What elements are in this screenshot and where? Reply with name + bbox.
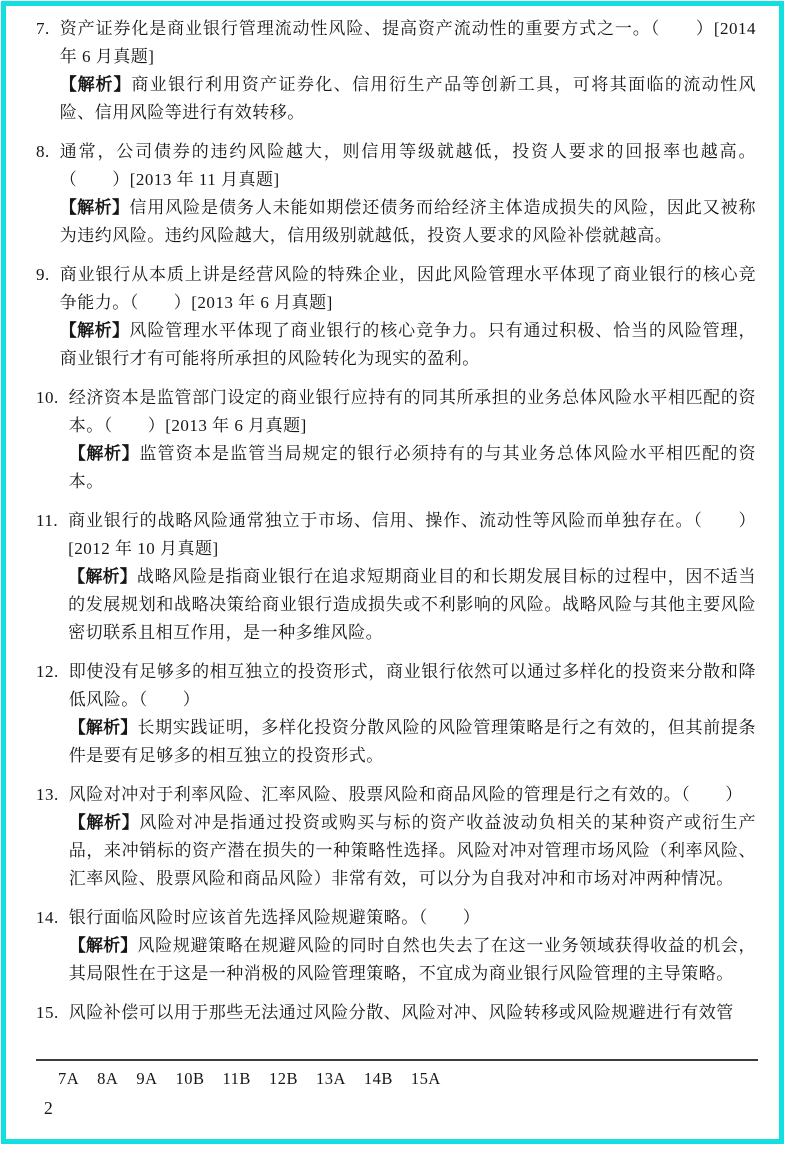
question-item: 11.商业银行的战略风险通常独立于市场、信用、操作、流动性等风险而单独存在。（ … — [36, 507, 756, 647]
analysis-text: 长期实践证明，多样化投资分散风险的风险管理策略是行之有效的，但其前提条件是要有足… — [69, 718, 756, 765]
question-item: 13.风险对冲对于利率风险、汇率风险、股票风险和商品风险的管理是行之有效的。（ … — [36, 781, 756, 893]
question-number: 9. — [36, 261, 60, 289]
question-item: 12.即使没有足够多的相互独立的投资形式，商业银行依然可以通过多样化的投资来分散… — [36, 658, 756, 770]
analysis-label: 【解析】 — [68, 567, 137, 586]
question-item: 14.银行面临风险时应该首先选择风险规避策略。（ ）【解析】风险规避策略在规避风… — [36, 904, 756, 988]
answer-item: 12B — [269, 1068, 298, 1090]
question-item: 8.通常，公司债券的违约风险越大，则信用等级就越低，投资人要求的回报率也越高。（… — [36, 138, 756, 250]
answer-item: 14B — [364, 1068, 393, 1090]
question-item: 15.风险补偿可以用于那些无法通过风险分散、风险对冲、风险转移或风险规避进行有效… — [36, 999, 756, 1027]
question-number: 10. — [36, 384, 69, 412]
analysis-label: 【解析】 — [60, 321, 130, 340]
answer-item: 10B — [176, 1068, 205, 1090]
question-stem: 经济资本是监管部门设定的商业银行应持有的同其所承担的业务总体风险水平相匹配的资本… — [69, 384, 756, 440]
question-item: 7.资产证券化是商业银行管理流动性风险、提高资产流动性的重要方式之一。（ ）[2… — [36, 15, 756, 127]
question-item: 10.经济资本是监管部门设定的商业银行应持有的同其所承担的业务总体风险水平相匹配… — [36, 384, 756, 496]
analysis-text: 风险对冲是指通过投资或购买与标的资产收益波动负相关的某种资产或衍生产品，来冲销标… — [69, 813, 756, 888]
question-stem: 即使没有足够多的相互独立的投资形式，商业银行依然可以通过多样化的投资来分散和降低… — [69, 658, 756, 714]
question-number: 8. — [36, 138, 60, 166]
question-body: 资产证券化是商业银行管理流动性风险、提高资产流动性的重要方式之一。（ ）[201… — [60, 15, 756, 127]
question-body: 银行面临风险时应该首先选择风险规避策略。（ ）【解析】风险规避策略在规避风险的同… — [69, 904, 756, 988]
question-body: 通常，公司债券的违约风险越大，则信用等级就越低，投资人要求的回报率也越高。（ ）… — [60, 138, 756, 250]
analysis-text: 战略风险是指商业银行在追求短期商业目的和长期发展目标的过程中，因不适当的发展规划… — [68, 567, 756, 642]
question-stem: 风险补偿可以用于那些无法通过风险分散、风险对冲、风险转移或风险规避进行有效管 — [69, 999, 756, 1027]
question-stem: 商业银行的战略风险通常独立于市场、信用、操作、流动性等风险而单独存在。（ ）[2… — [68, 507, 756, 563]
question-stem: 资产证券化是商业银行管理流动性风险、提高资产流动性的重要方式之一。（ ）[201… — [60, 15, 756, 71]
question-stem: 银行面临风险时应该首先选择风险规避策略。（ ） — [69, 904, 756, 932]
question-analysis: 【解析】商业银行利用资产证券化、信用衍生产品等创新工具，可将其面临的流动性风险、… — [60, 71, 756, 127]
answer-item: 11B — [223, 1068, 251, 1090]
question-analysis: 【解析】风险规避策略在规避风险的同时自然也失去了在这一业务领域获得收益的机会，其… — [69, 932, 756, 988]
analysis-text: 商业银行利用资产证券化、信用衍生产品等创新工具，可将其面临的流动性风险、信用风险… — [60, 75, 756, 122]
question-stem: 通常，公司债券的违约风险越大，则信用等级就越低，投资人要求的回报率也越高。（ ）… — [60, 138, 756, 194]
question-number: 13. — [36, 781, 69, 809]
question-body: 商业银行的战略风险通常独立于市场、信用、操作、流动性等风险而单独存在。（ ）[2… — [68, 507, 756, 647]
analysis-label: 【解析】 — [69, 936, 138, 955]
question-body: 风险对冲对于利率风险、汇率风险、股票风险和商品风险的管理是行之有效的。（ ）【解… — [69, 781, 756, 893]
analysis-text: 风险管理水平体现了商业银行的核心竞争力。只有通过积极、恰当的风险管理，商业银行才… — [60, 321, 756, 368]
question-body: 即使没有足够多的相互独立的投资形式，商业银行依然可以通过多样化的投资来分散和降低… — [69, 658, 756, 770]
answer-item: 15A — [411, 1068, 441, 1090]
analysis-label: 【解析】 — [60, 75, 132, 94]
analysis-label: 【解析】 — [60, 198, 130, 217]
question-analysis: 【解析】长期实践证明，多样化投资分散风险的风险管理策略是行之有效的，但其前提条件… — [69, 714, 756, 770]
question-body: 经济资本是监管部门设定的商业银行应持有的同其所承担的业务总体风险水平相匹配的资本… — [69, 384, 756, 496]
question-item: 9.商业银行从本质上讲是经营风险的特殊企业，因此风险管理水平体现了商业银行的核心… — [36, 261, 756, 373]
question-analysis: 【解析】风险对冲是指通过投资或购买与标的资产收益波动负相关的某种资产或衍生产品，… — [69, 809, 756, 893]
answer-key-row: 7A8A9A10B11B12B13A14B15A — [58, 1068, 459, 1090]
question-analysis: 【解析】监管资本是监管当局规定的银行必须持有的与其业务总体风险水平相匹配的资本。 — [69, 440, 756, 496]
question-number: 15. — [36, 999, 69, 1027]
page-number: 2 — [44, 1097, 53, 1119]
answer-item: 8A — [97, 1068, 118, 1090]
answer-item: 9A — [136, 1068, 157, 1090]
analysis-label: 【解析】 — [69, 444, 140, 463]
answer-item: 7A — [58, 1068, 79, 1090]
question-body: 风险补偿可以用于那些无法通过风险分散、风险对冲、风险转移或风险规避进行有效管 — [69, 999, 756, 1027]
analysis-text: 信用风险是债务人未能如期偿还债务而给经济主体造成损失的风险，因此又被称为违约风险… — [60, 198, 756, 245]
question-number: 7. — [36, 15, 60, 43]
question-analysis: 【解析】风险管理水平体现了商业银行的核心竞争力。只有通过积极、恰当的风险管理，商… — [60, 317, 756, 373]
analysis-label: 【解析】 — [69, 718, 138, 737]
answer-item: 13A — [316, 1068, 346, 1090]
question-list: 7.资产证券化是商业银行管理流动性风险、提高资产流动性的重要方式之一。（ ）[2… — [36, 15, 756, 1055]
question-analysis: 【解析】信用风险是债务人未能如期偿还债务而给经济主体造成损失的风险，因此又被称为… — [60, 194, 756, 250]
analysis-text: 风险规避策略在规避风险的同时自然也失去了在这一业务领域获得收益的机会，其局限性在… — [69, 936, 756, 983]
question-number: 14. — [36, 904, 69, 932]
question-stem: 风险对冲对于利率风险、汇率风险、股票风险和商品风险的管理是行之有效的。（ ） — [69, 781, 756, 809]
analysis-label: 【解析】 — [69, 813, 140, 832]
analysis-text: 监管资本是监管当局规定的银行必须持有的与其业务总体风险水平相匹配的资本。 — [69, 444, 756, 491]
footer-divider — [36, 1059, 758, 1061]
question-analysis: 【解析】战略风险是指商业银行在追求短期商业目的和长期发展目标的过程中，因不适当的… — [68, 563, 756, 647]
question-stem: 商业银行从本质上讲是经营风险的特殊企业，因此风险管理水平体现了商业银行的核心竞争… — [60, 261, 756, 317]
question-body: 商业银行从本质上讲是经营风险的特殊企业，因此风险管理水平体现了商业银行的核心竞争… — [60, 261, 756, 373]
question-number: 11. — [36, 507, 68, 535]
question-number: 12. — [36, 658, 69, 686]
